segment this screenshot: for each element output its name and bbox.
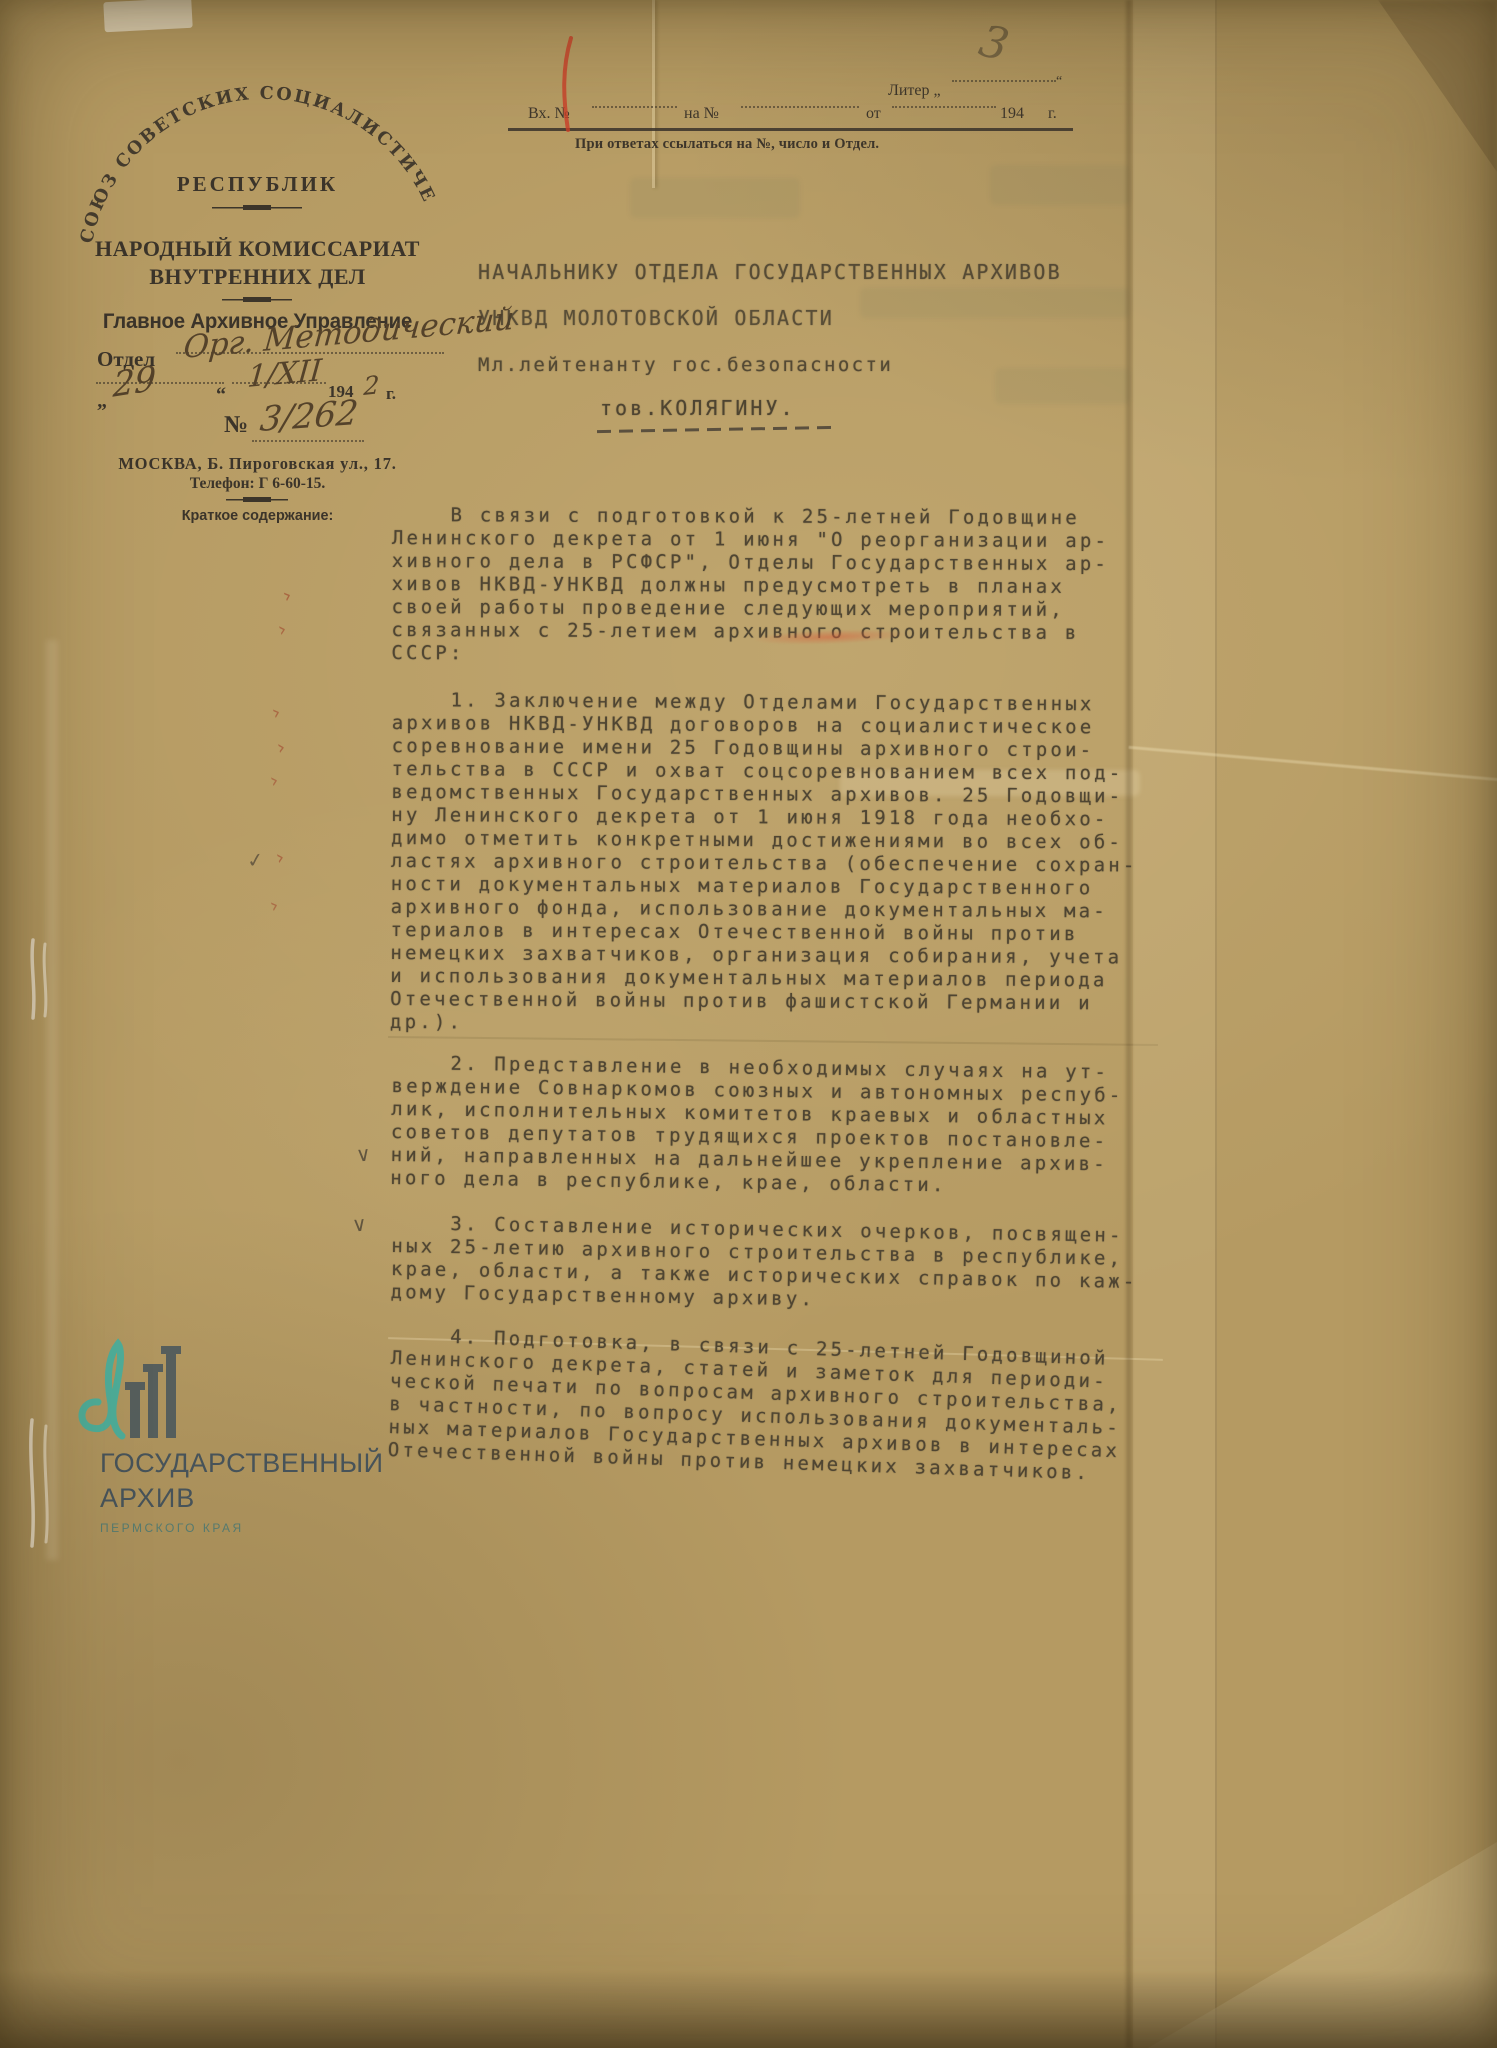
- stain: [630, 178, 800, 218]
- number-label: №: [224, 412, 248, 439]
- margin-mark: ›: [279, 582, 295, 607]
- liter-close-quote: “: [1056, 74, 1062, 90]
- paper-crease: [652, 0, 655, 188]
- binding-thread: [24, 938, 58, 1022]
- liter-label: Литер „: [888, 82, 941, 100]
- body-intro-text: В связи с подготовкой к 25-летней Годовщ…: [391, 504, 1109, 668]
- handwritten-number-value: 3/262: [258, 393, 360, 440]
- form-note: При ответах ссылаться на №, число и Отде…: [575, 136, 879, 153]
- body-point-1-text: 1. Заключение между Отделами Государстве…: [390, 689, 1139, 1039]
- margin-mark: ∨: [351, 1211, 368, 1236]
- archive-watermark: ГОСУДАРСТВЕННЫЙ АРХИВ ПЕРМСКОГО КРАЯ: [68, 1338, 398, 1548]
- divider-ornament: [212, 204, 302, 211]
- recipient-underline: [597, 426, 835, 433]
- recipient-line1: НАЧАЛЬНИКУ ОТДЕЛА ГОСУДАРСТВЕННЫХ АРХИВО…: [478, 260, 1062, 284]
- archive-logo-icon: [68, 1338, 193, 1450]
- handwritten-date-day: 29: [112, 358, 157, 406]
- handwritten-date-month: 1/XII: [246, 353, 323, 395]
- letterhead-org-line1: НАРОДНЫЙ КОМИССАРИАТ: [85, 236, 430, 262]
- form-rule: [508, 128, 1073, 131]
- divider-ornament: [222, 296, 292, 303]
- stain: [990, 165, 1130, 205]
- margin-mark: ∨: [355, 1141, 372, 1166]
- paper-fragment: [103, 0, 192, 32]
- form-year-suffix: г.: [1048, 105, 1057, 123]
- archive-name-line3: ПЕРМСКОГО КРАЯ: [100, 1521, 244, 1535]
- letterhead-arc: СОЮЗ СОВЕТСКИХ СОЦИАЛИСТИЧЕСКИХ: [78, 72, 438, 250]
- margin-mark: ›: [275, 734, 288, 759]
- binding-thread: [22, 1418, 58, 1550]
- body-point-3-text: 3. Составление исторических очерков, пос…: [390, 1212, 1138, 1317]
- divider-ornament: [226, 496, 288, 503]
- recipient-line3: Мл.лейтенанту гос.безопасности: [478, 354, 893, 376]
- margin-mark: ✓: [245, 847, 265, 873]
- arc-text: СОЮЗ СОВЕТСКИХ СОЦИАЛИСТИЧЕСКИХ: [78, 72, 438, 245]
- letterhead-address: МОСКВА, Б. Пироговская ул., 17.: [85, 454, 430, 474]
- margin-mark: ›: [275, 616, 289, 641]
- margin-mark: ›: [273, 844, 287, 869]
- quote-close: “: [216, 384, 226, 407]
- body-intro-paragraph: В связи с подготовкой к 25-летней Годовщ…: [391, 504, 1109, 668]
- quote-open: „: [97, 390, 107, 413]
- na-number-label: на №: [684, 105, 719, 123]
- margin-mark: ›: [268, 699, 283, 724]
- body-point-1: 1. Заключение между Отделами Государстве…: [390, 689, 1139, 1039]
- folded-corner-top-right: [1378, 0, 1497, 172]
- ot-label: от: [866, 105, 881, 123]
- body-point-4-text: 4. Подготовка, в связи с 25-летней Годов…: [387, 1324, 1123, 1486]
- letterhead-org-line2: ВНУТРЕННИХ ДЕЛ: [85, 264, 430, 290]
- body-point-2-text: 2. Представление в необходимых случаях н…: [390, 1052, 1124, 1200]
- letterhead-respublik: РЕСПУБЛИК: [85, 172, 430, 197]
- stain: [995, 368, 1130, 404]
- pencil-page-number: 3: [974, 15, 1014, 71]
- body-point-3: 3. Составление исторических очерков, пос…: [390, 1212, 1138, 1317]
- year-suffix: г.: [386, 384, 396, 404]
- form-year: 194: [1000, 105, 1024, 123]
- letterhead-phone: Телефон: Г 6-60-15.: [85, 475, 430, 493]
- stain: [860, 288, 1130, 318]
- body-point-2: 2. Представление в необходимых случаях н…: [390, 1052, 1124, 1200]
- summary-label: Краткое содержание:: [92, 507, 423, 524]
- archive-name-line1: ГОСУДАРСТВЕННЫЙ: [100, 1448, 384, 1479]
- underlying-sheet-edge: [1133, 0, 1217, 2048]
- margin-mark: ›: [267, 767, 281, 792]
- body-point-4: 4. Подготовка, в связи с 25-летней Годов…: [387, 1324, 1123, 1486]
- margin-mark: ›: [266, 892, 281, 917]
- recipient-line2: УНКВД МОЛОТОВСКОЙ ОБЛАСТИ: [478, 306, 834, 330]
- handwritten-year-digit: 2: [363, 370, 380, 401]
- bottom-shadow: [0, 1970, 1497, 2048]
- red-pencil-mark: [558, 36, 580, 132]
- scanned-document-page: СОЮЗ СОВЕТСКИХ СОЦИАЛИСТИЧЕСКИХ РЕСПУБЛИ…: [0, 0, 1497, 2048]
- archive-name-line2: АРХИВ: [100, 1483, 195, 1514]
- recipient-line4: тов.КОЛЯГИНУ.: [600, 396, 796, 420]
